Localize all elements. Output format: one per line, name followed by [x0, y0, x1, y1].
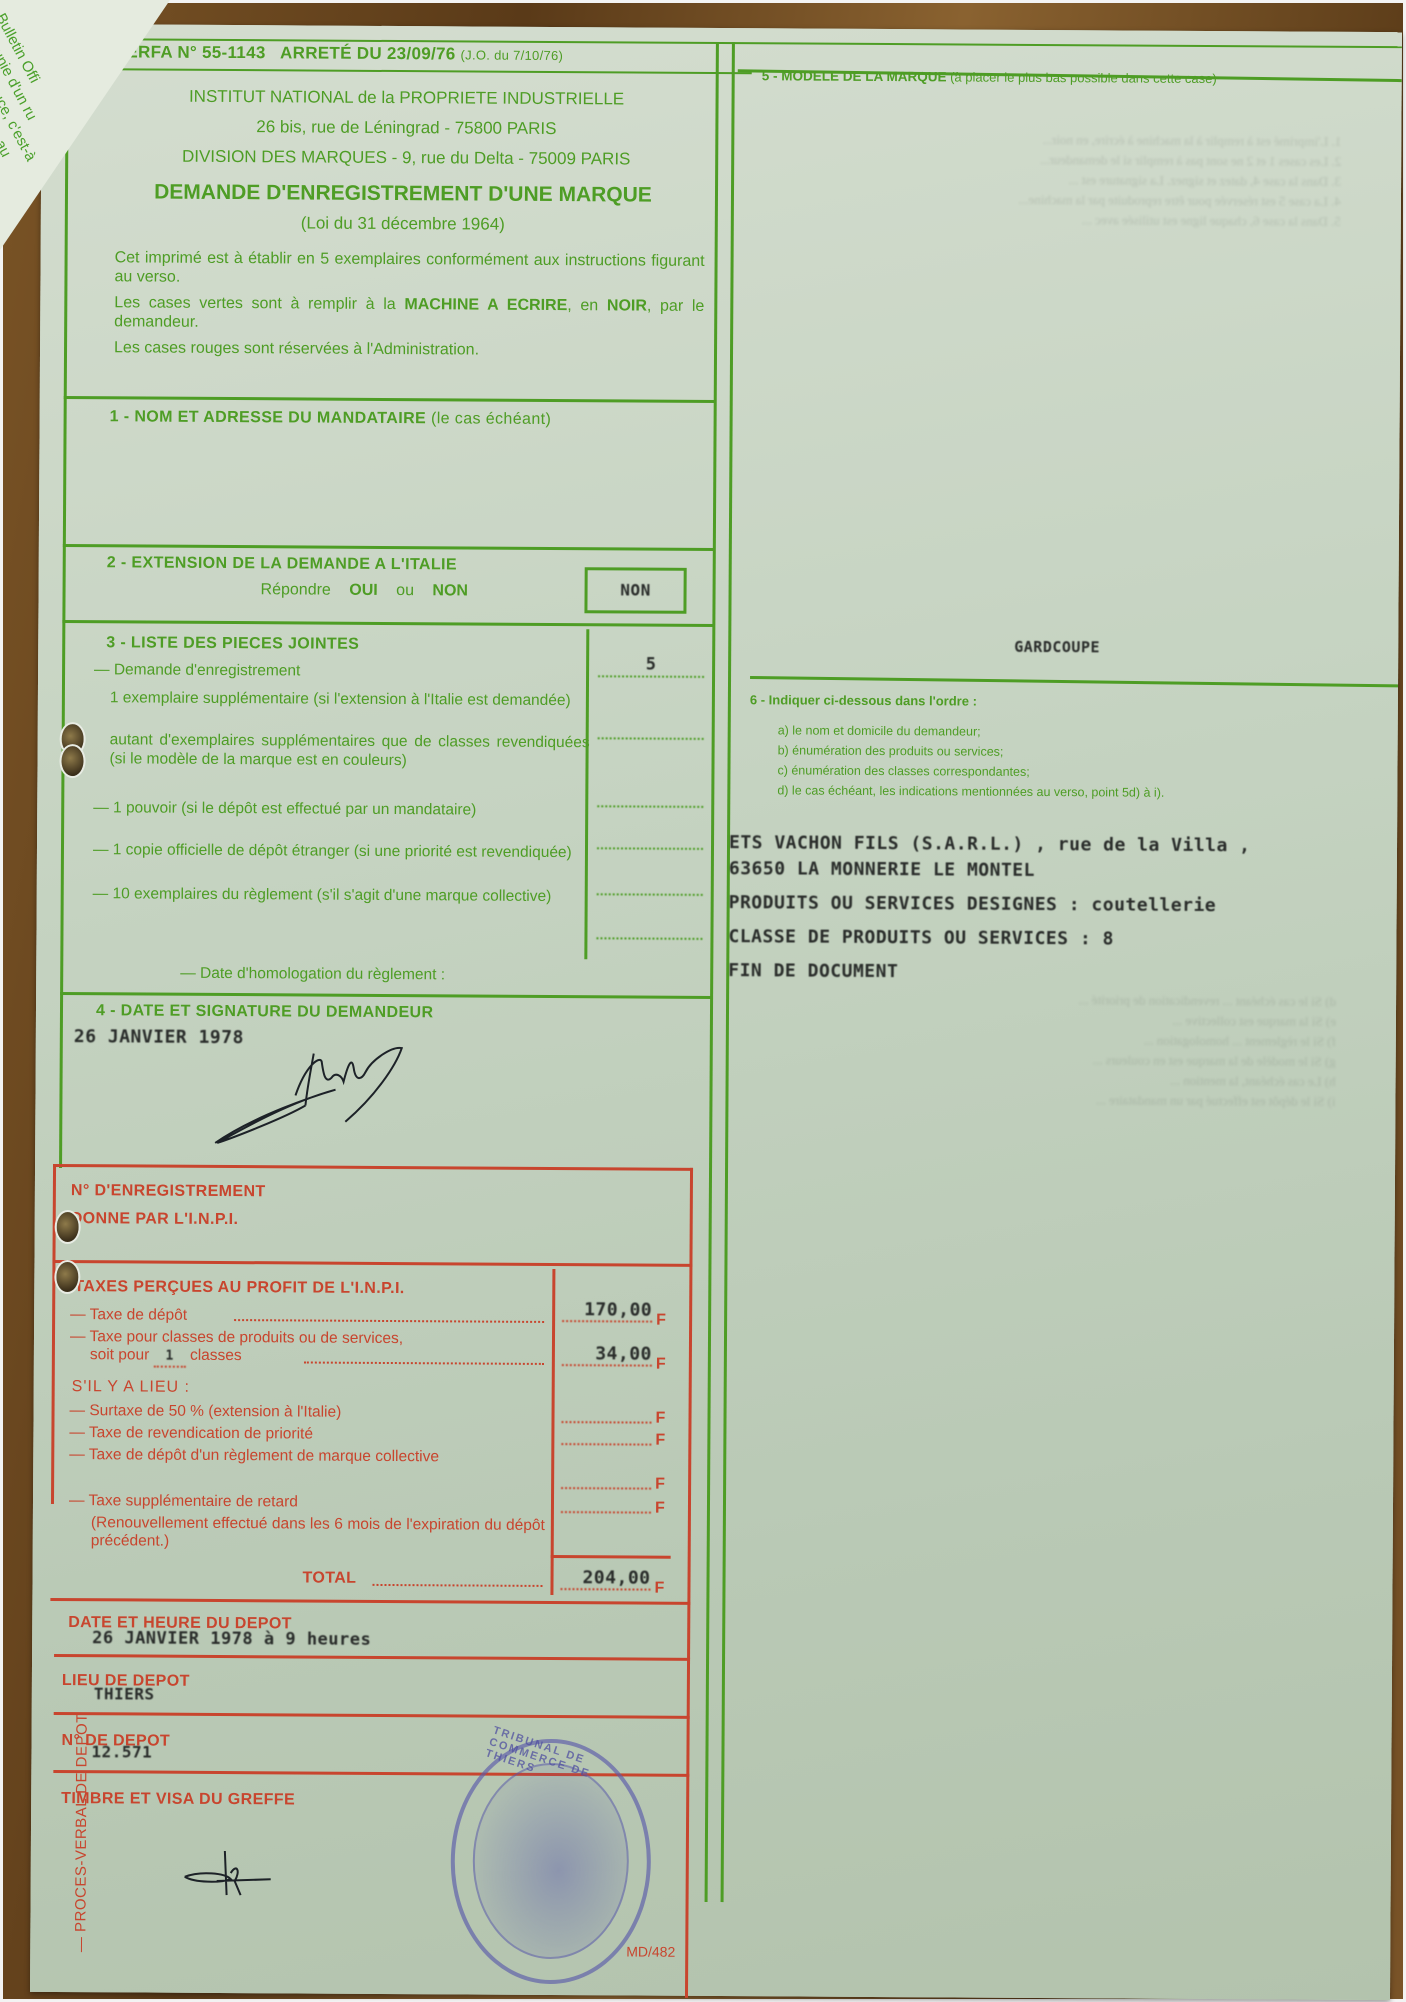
attachment-count-field[interactable] — [596, 917, 702, 940]
form-subtitle: (Loi du 31 décembre 1964) — [103, 212, 703, 236]
registration-number-field[interactable] — [335, 1196, 675, 1248]
attachment-item: — Demande d'enregistrement — [94, 660, 574, 682]
attachment-count-field[interactable]: 5 — [598, 655, 704, 678]
registration-number-title: N° D'ENREGISTREMENT — [71, 1182, 266, 1201]
deposit-datetime-value[interactable]: 26 JANVIER 1978 à 9 heures — [92, 1628, 371, 1650]
instruction-emphasis: NOIR — [607, 297, 647, 314]
stamp-visa-label: TIMBRE ET VISA DU GREFFE — [61, 1790, 295, 1809]
attachment-item: — 1 copie officielle de dépôt étranger (… — [93, 840, 573, 862]
designated-products: PRODUITS OU SERVICES DESIGNES : coutelle… — [729, 890, 1251, 919]
deposit-number-value[interactable]: 12.571 — [91, 1742, 152, 1761]
fee-classes-text: classes — [190, 1347, 242, 1364]
cerfa-rule — [72, 68, 752, 74]
prompt-yes: OUI — [349, 582, 378, 599]
division-address: DIVISION DES MARQUES - 9, rue du Delta -… — [111, 146, 701, 170]
instruction-item: c) énumération des classes correspondant… — [777, 760, 1164, 782]
italy-extension-answer-box[interactable]: NON — [584, 567, 686, 614]
section5-note: (à placer le plus bas possible dans cett… — [950, 69, 1217, 86]
section1-note: (le cas échéant) — [431, 410, 551, 428]
section4-title: 4 - DATE ET SIGNATURE DU DEMANDEUR — [96, 1002, 434, 1022]
applicant-name: ETS VACHON FILS (S.A.R.L.) , rue de la V… — [729, 830, 1251, 859]
section5-title: 5 - MODELE DE LA MARQUE (à placer le plu… — [762, 68, 1217, 86]
instruction-green-boxes: Les cases vertes sont à remplir à la MAC… — [114, 293, 704, 335]
italy-extension-answer: NON — [588, 580, 684, 600]
deposit-place-value[interactable]: THIERS — [94, 1684, 155, 1703]
applicant-address: 63650 LA MONNERIE LE MONTEL — [729, 856, 1251, 885]
fee-classes-value[interactable]: 34,00 — [562, 1343, 652, 1367]
instruction-copies: Cet imprimé est à établir en 5 exemplair… — [114, 248, 704, 290]
trademark-model[interactable]: GARDCOUPE — [1014, 638, 1100, 657]
admin-right-border — [685, 1168, 693, 1998]
binder-hole — [55, 1210, 81, 1244]
court-stamp: TRIBUNAL DE COMMERCE DE THIERS — [450, 1738, 651, 1984]
left-border — [59, 38, 69, 1168]
section3-rule — [62, 620, 714, 627]
instruction-item: d) le cas échéant, les indications menti… — [777, 780, 1164, 802]
optional-fee-value[interactable] — [561, 1403, 651, 1424]
journal-officiel-date: (J.O. du 7/10/76) — [461, 47, 564, 63]
applicant-signature — [195, 1025, 416, 1156]
currency-franc: F — [655, 1500, 665, 1518]
currency-franc: F — [654, 1580, 664, 1598]
fees-value-divider — [550, 1269, 555, 1595]
section6-rule — [750, 676, 1398, 687]
arrete-date: ARRETÉ DU 23/09/76 — [280, 43, 456, 63]
currency-franc: F — [655, 1476, 665, 1494]
form-title: DEMANDE D'ENREGISTREMENT D'UNE MARQUE — [103, 180, 703, 208]
form-code: MD/482 — [626, 1943, 675, 1959]
instruction-red-boxes: Les cases rouges sont réservées à l'Admi… — [114, 338, 704, 361]
attachment-item: — 10 exemplaires du règlement (s'il s'ag… — [93, 884, 573, 906]
section1-title: 1 - NOM ET ADRESSE DU MANDATAIRE (le cas… — [110, 408, 552, 429]
attachment-count-field[interactable] — [597, 873, 703, 896]
fee-classes-count[interactable]: 1 — [154, 1348, 186, 1368]
instruction-item: a) le nom et domicile du demandeur; — [778, 720, 1165, 742]
place-rule — [54, 1654, 690, 1661]
section2-prompt: Répondre OUI ou NON — [261, 581, 469, 600]
registration-number-title-2: DONNE PAR L'I.N.P.I. — [71, 1210, 239, 1229]
prompt-text: Répondre — [261, 581, 331, 598]
section5-title-text: 5 - MODELE DE LA MARQUE — [762, 68, 947, 84]
attachment-count-field[interactable] — [597, 827, 703, 850]
optional-fee-value[interactable] — [561, 1425, 651, 1446]
binder-hole — [59, 744, 85, 778]
institute-address: 26 bis, rue de Léningrad - 75800 PARIS — [111, 116, 701, 140]
show-through-text: d) Si le cas échéant ... revendication d… — [751, 988, 1336, 1892]
trademark-application-form: CERFA N° 55-1143 ARRETÉ DU 23/09/76 (J.O… — [30, 24, 1402, 2000]
total-leader — [372, 1584, 542, 1587]
fee-deposit-label: — Taxe de dépôt — [70, 1306, 550, 1327]
prompt-no: NON — [432, 582, 468, 599]
applicant-details[interactable]: ETS VACHON FILS (S.A.R.L.) , rue de la V… — [728, 830, 1250, 987]
end-of-document: FIN DE DOCUMENT — [728, 958, 1250, 987]
deposit-rule — [50, 1598, 690, 1605]
fee-deposit-value[interactable]: 170,00 — [562, 1299, 652, 1323]
optional-fee-value[interactable] — [561, 1469, 651, 1490]
renewal-note: (Renouvellement effectué dans les 6 mois… — [91, 1514, 545, 1553]
section2-title: 2 - EXTENSION DE LA DEMANDE A L'ITALIE — [107, 554, 457, 574]
cerfa-reference: CERFA N° 55-1143 ARRETÉ DU 23/09/76 (J.O… — [114, 42, 563, 65]
instructions: Cet imprimé est à établir en 5 exemplair… — [114, 248, 705, 368]
homologation-date-label: — Date d'homologation du règlement : — [180, 965, 445, 985]
binder-hole — [54, 1260, 80, 1294]
prompt-or: ou — [396, 582, 414, 599]
currency-franc: F — [656, 1356, 666, 1374]
clerk-signature — [181, 1845, 281, 1906]
instruction-item: b) énumération des produits ou services; — [778, 740, 1165, 762]
attachment-item: 1 exemplaire supplémentaire (si l'extens… — [110, 688, 590, 710]
fees-rule — [52, 1260, 692, 1267]
if-applicable-heading: S'IL Y A LIEU : — [72, 1378, 190, 1397]
show-through-text: 1. L'imprimé est à remplir à la machine … — [758, 128, 1341, 652]
currency-franc: F — [655, 1432, 665, 1450]
section1-title-text: 1 - NOM ET ADRESSE DU MANDATAIRE — [110, 408, 427, 427]
fees-title: TAXES PERÇUES AU PROFIT DE L'I.N.P.I. — [74, 1278, 404, 1298]
section1-rule — [64, 396, 716, 403]
instruction-emphasis: MACHINE A ECRIRE — [404, 296, 567, 314]
currency-franc: F — [655, 1410, 665, 1428]
optional-fee-value[interactable] — [561, 1493, 651, 1514]
fee-leader — [304, 1361, 544, 1364]
instruction-text: Les cases vertes sont à remplir à la — [114, 294, 404, 313]
optional-fee-label: — Taxe de revendication de priorité — [69, 1424, 545, 1445]
total-label: TOTAL — [302, 1569, 356, 1587]
admin-top-rule — [53, 1164, 693, 1171]
total-value[interactable]: 204,00 — [560, 1567, 650, 1591]
admin-left-border — [51, 1164, 56, 1504]
section6-title: 6 - Indiquer ci-dessous dans l'ordre : — [750, 692, 977, 708]
section3-title: 3 - LISTE DES PIECES JOINTES — [106, 634, 359, 654]
currency-franc: F — [656, 1312, 666, 1330]
optional-fee-label: — Surtaxe de 50 % (extension à l'Italie) — [69, 1402, 545, 1423]
section6-instructions: a) le nom et domicile du demandeur; b) é… — [777, 720, 1165, 802]
product-classes: CLASSE DE PRODUITS OU SERVICES : 8 — [728, 924, 1250, 953]
attachment-count-field[interactable] — [598, 717, 704, 740]
attachment-item: autant d'exemplaires supplémentaires que… — [109, 730, 589, 771]
total-rule — [551, 1555, 671, 1559]
instruction-text: , en — [567, 297, 607, 314]
deposit-record-vertical-label: — PROCES-VERBAL DE DEPOT — [72, 1713, 90, 1952]
section4-rule — [60, 992, 712, 999]
column-divider — [705, 42, 719, 1902]
attachment-count-field[interactable] — [597, 785, 703, 808]
fee-classes-count-row: soit pour 1 classes — [90, 1346, 242, 1368]
section3-value-divider — [584, 629, 589, 959]
optional-fee-label: — Taxe supplémentaire de retard — [69, 1492, 545, 1513]
institute-name: INSTITUT NATIONAL de la PROPRIETE INDUST… — [112, 86, 702, 110]
section2-rule — [63, 544, 715, 551]
optional-fee-label: — Taxe de dépôt d'un règlement de marque… — [69, 1446, 545, 1467]
attachment-item: — 1 pouvoir (si le dépôt est effectué pa… — [93, 798, 573, 820]
fee-classes-text: soit pour — [90, 1346, 150, 1363]
number-rule — [54, 1712, 690, 1719]
agent-name-address-field[interactable] — [109, 436, 700, 540]
